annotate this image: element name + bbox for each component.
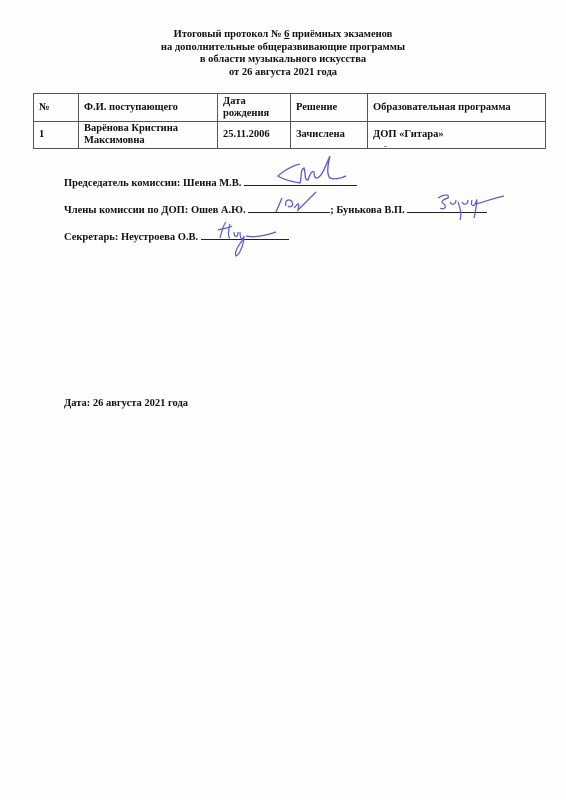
cell-decision: Зачислена [291, 122, 368, 149]
cell-birthdate: 25.11.2006 [218, 122, 291, 149]
table-header-row: № Ф.И. поступающего Дата рождения Решени… [34, 94, 546, 122]
members-label: Члены комиссии по ДОП: Ошев А.Ю. [64, 205, 246, 216]
title-suffix: приёмных экзаменов [289, 29, 392, 40]
header-birthdate: Дата рождения [218, 94, 291, 122]
title-line-2: на дополнительные общеразвивающие програ… [0, 42, 566, 55]
chair-signature-line [244, 175, 357, 186]
header-program: Образовательная программа [368, 94, 546, 122]
chair-label: Председатель комиссии: Шеина М.В. [64, 178, 241, 189]
scan-mark [384, 146, 387, 150]
header-name: Ф.И. поступающего [79, 94, 218, 122]
document-title: Итоговый протокол № 6 приёмных экзаменов… [0, 29, 566, 79]
member2-label: ; Бунькова В.П. [330, 205, 405, 216]
cell-number: 1 [34, 122, 79, 149]
secretary-label: Секретарь: Неустроева О.В. [64, 232, 198, 243]
footer-date: Дата: 26 августа 2021 года [64, 398, 188, 409]
title-prefix: Итоговый протокол № [174, 29, 284, 40]
members-line: Члены комиссии по ДОП: Ошев А.Ю. ; Буньк… [64, 202, 487, 216]
cell-name: Варёнова Кристина Максимовна [79, 122, 218, 149]
title-line-3: в области музыкального искусства [0, 54, 566, 67]
secretary-line: Секретарь: Неустроева О.В. [64, 229, 289, 243]
cell-program: ДОП «Гитара» [368, 122, 546, 149]
title-line-1: Итоговый протокол № 6 приёмных экзаменов [0, 29, 566, 42]
table-row: 1 Варёнова Кристина Максимовна 25.11.200… [34, 122, 546, 149]
member1-signature-line [248, 202, 330, 213]
title-line-4: от 26 августа 2021 года [0, 67, 566, 80]
header-number: № [34, 94, 79, 122]
chair-line: Председатель комиссии: Шеина М.В. [64, 175, 357, 189]
header-decision: Решение [291, 94, 368, 122]
secretary-signature-line [201, 229, 289, 240]
document-page: Итоговый протокол № 6 приёмных экзаменов… [0, 0, 566, 800]
member2-signature-line [407, 202, 487, 213]
results-table: № Ф.И. поступающего Дата рождения Решени… [33, 93, 546, 149]
